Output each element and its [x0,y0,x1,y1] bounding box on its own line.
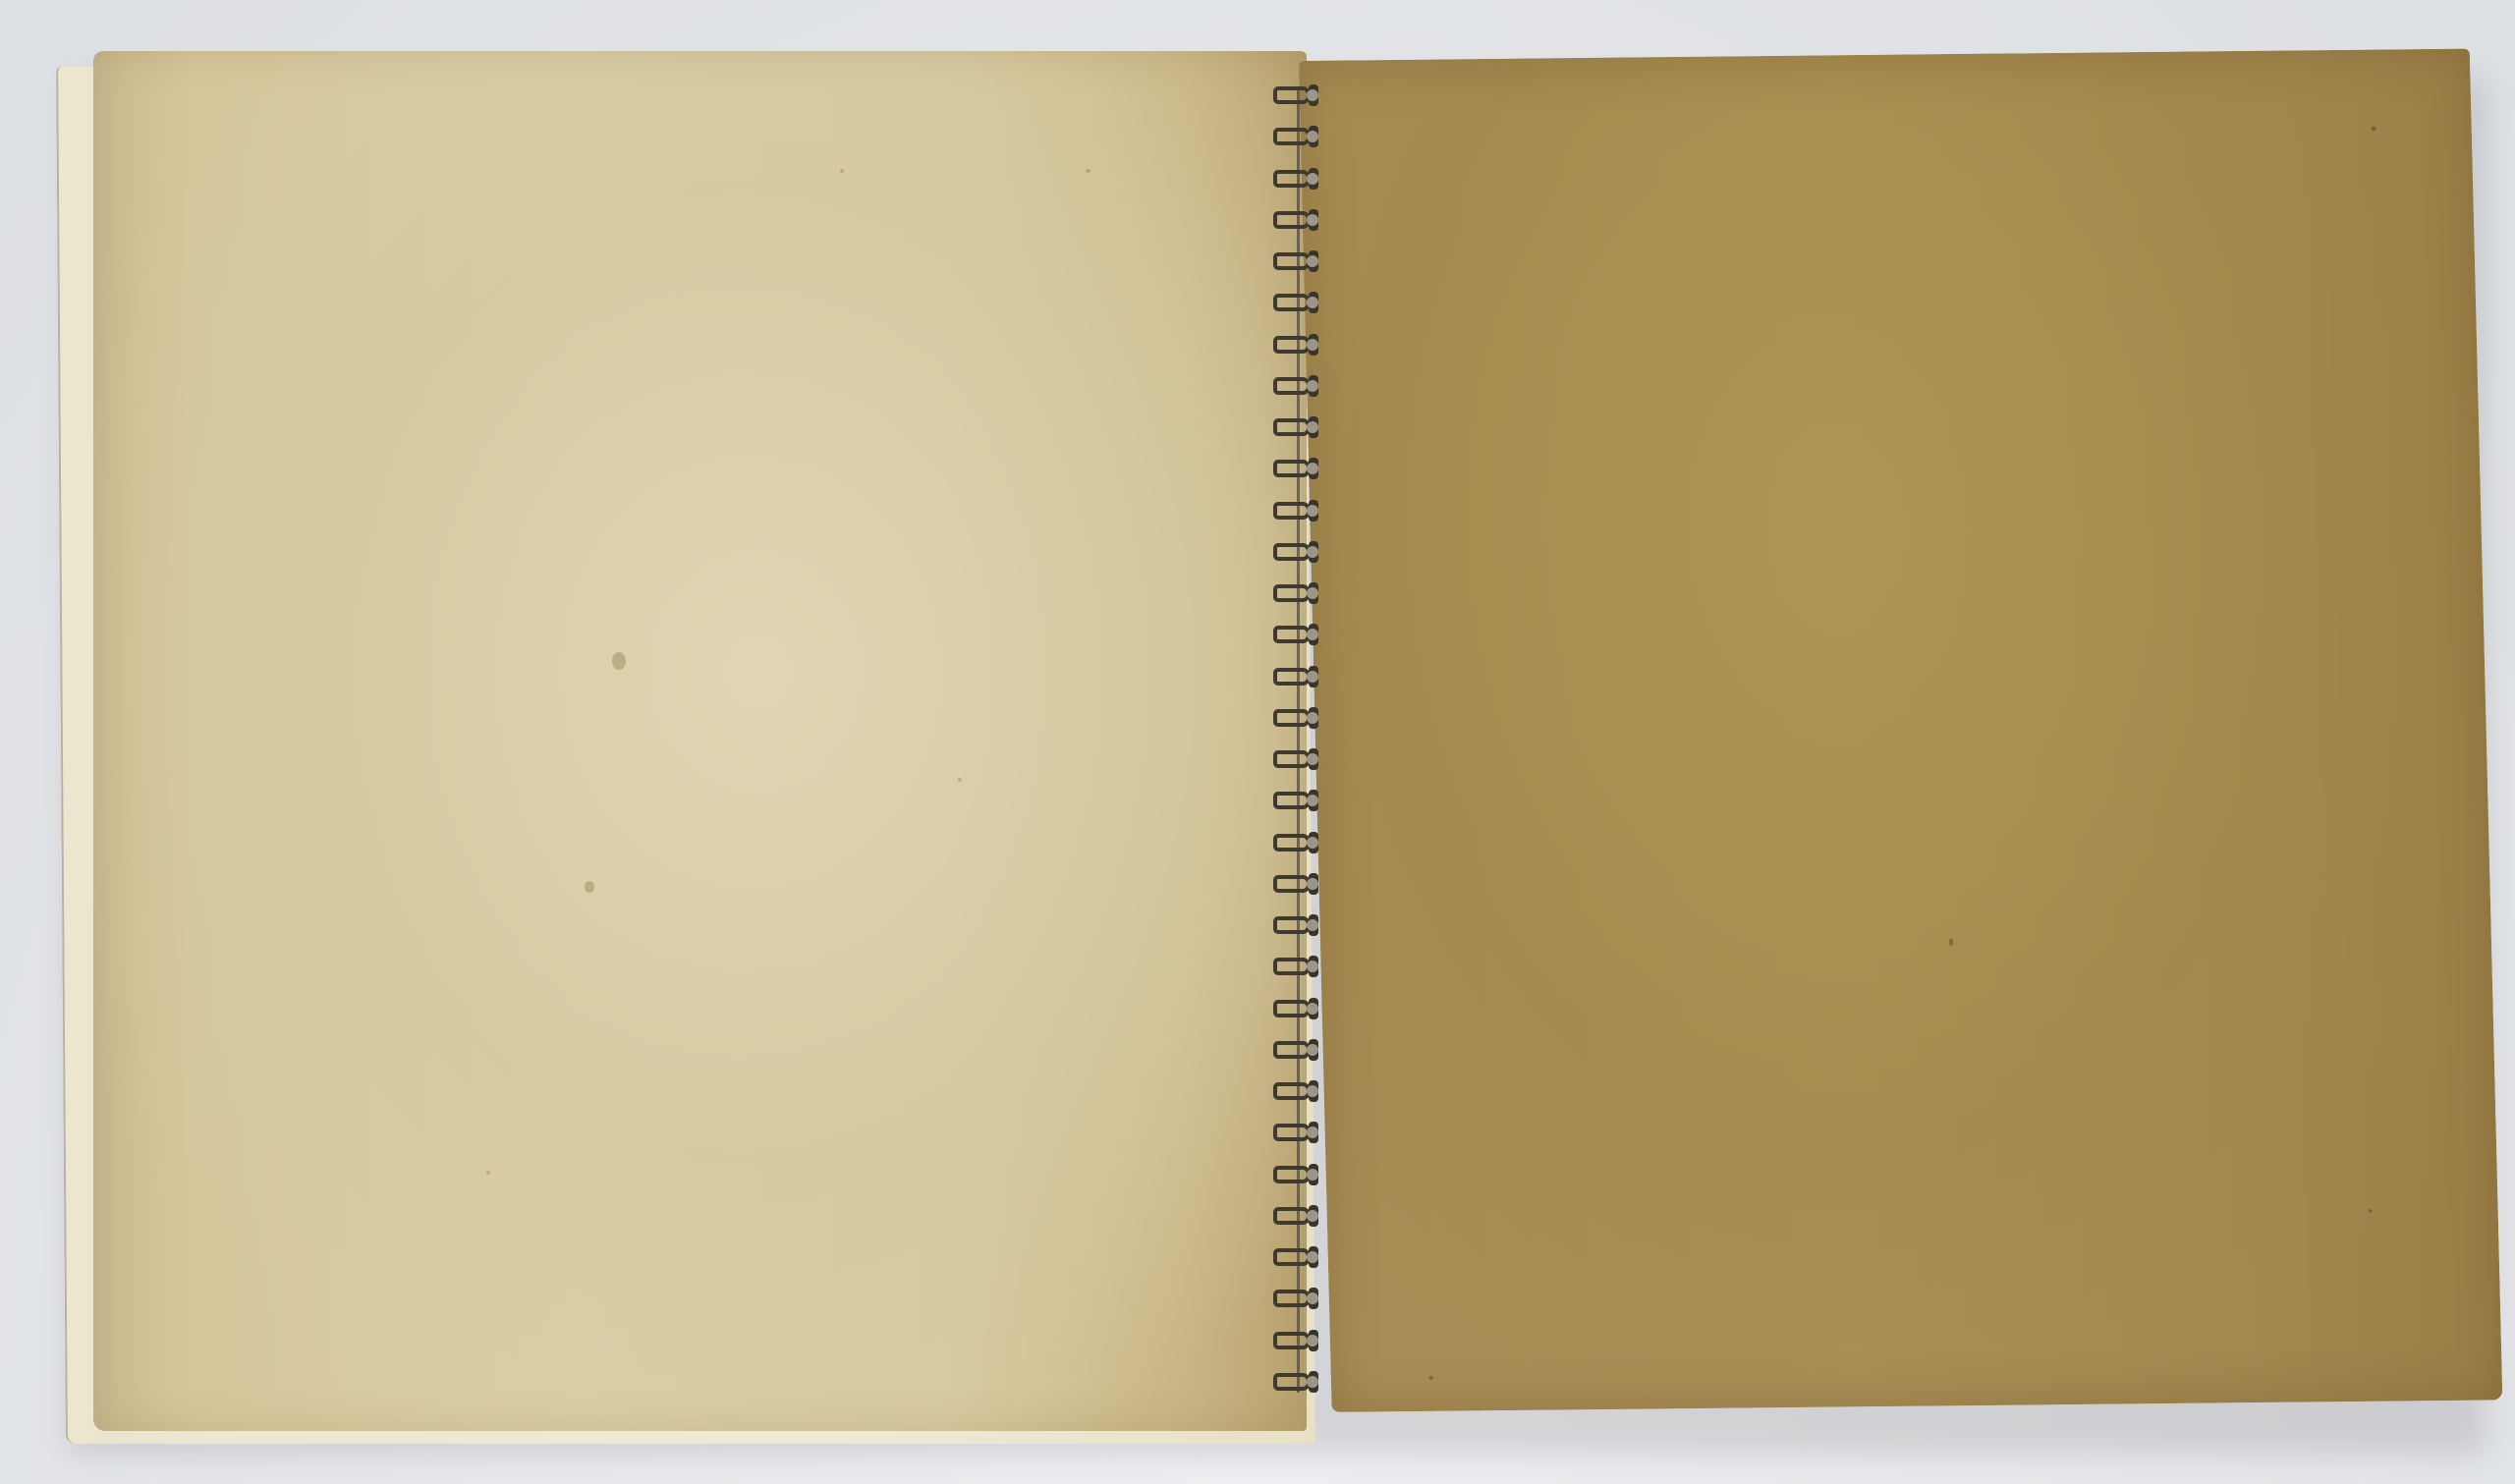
punch-hole [1307,1003,1318,1015]
spiral-loop [1273,418,1311,436]
paper-speck [585,881,594,893]
punch-hole [1307,919,1318,931]
punch-hole [1307,255,1318,267]
punch-hole [1307,1376,1318,1388]
punch-hole [1307,795,1318,806]
spiral-loop [1273,1166,1311,1183]
punch-hole [1307,753,1318,765]
spiral-loop [1273,252,1311,270]
paper-speck [2372,127,2376,132]
punch-hole [1307,878,1318,890]
spiral-loop [1273,336,1311,354]
paper-speck [2369,1209,2373,1213]
punch-hole [1307,297,1318,308]
paper-speck [1429,1376,1433,1380]
paper-speck [1086,169,1090,173]
punch-hole [1307,587,1318,599]
punch-hole [1307,1044,1318,1056]
spiral-loop [1273,460,1311,477]
punch-hole [1307,214,1318,226]
spiral-loop [1273,709,1311,727]
punch-hole [1307,546,1318,558]
spiral-loop [1273,668,1311,686]
punch-hole [1307,1169,1318,1181]
punch-hole [1307,961,1318,972]
left-page [93,51,1307,1431]
punch-hole [1307,712,1318,724]
spiral-loop [1273,1248,1311,1266]
punch-hole [1307,671,1318,683]
spiral-loop [1273,916,1311,934]
spiral-loop [1273,294,1311,311]
punch-hole [1307,173,1318,185]
spiral-loop [1273,750,1311,768]
paper-speck [840,169,844,173]
paper-speck [486,1171,490,1175]
punch-hole [1307,1085,1318,1097]
spiral-loop [1273,1290,1311,1307]
spiral-loop [1273,792,1311,809]
spiral-loop [1273,1000,1311,1017]
punch-hole [1307,463,1318,474]
punch-hole [1307,89,1318,101]
spiral-loop [1273,377,1311,395]
paper-speck [612,652,626,670]
spiral-loop [1273,1124,1311,1141]
binding-wire [1297,86,1300,1393]
punch-hole [1307,629,1318,640]
spiral-loop [1273,626,1311,643]
spiral-loop [1273,1082,1311,1100]
punch-hole [1307,837,1318,849]
punch-hole [1307,380,1318,392]
paper-speck [1949,938,1953,946]
spiral-loop [1273,1373,1311,1391]
punch-hole [1307,1251,1318,1263]
punch-hole [1307,1335,1318,1347]
spiral-loop [1273,211,1311,229]
spiral-loop [1273,170,1311,188]
spiral-loop [1273,543,1311,561]
spiral-loop [1273,834,1311,852]
paper-speck [958,778,962,782]
spiral-loop [1273,1041,1311,1059]
punch-hole [1307,1292,1318,1304]
spiral-loop [1273,502,1311,520]
spiral-loop [1273,128,1311,145]
punch-hole [1307,1210,1318,1222]
spiral-loop [1273,1207,1311,1225]
spiral-loop [1273,1332,1311,1349]
spiral-loop [1273,958,1311,975]
punch-hole [1307,1127,1318,1138]
spiral-binding [1267,86,1326,1393]
punch-hole [1307,505,1318,517]
spiral-loop [1273,875,1311,893]
spiral-loop [1273,86,1311,104]
punch-hole [1307,339,1318,351]
punch-hole [1307,421,1318,433]
spiral-loop [1273,584,1311,602]
right-page [1299,49,2502,1412]
punch-hole [1307,131,1318,142]
